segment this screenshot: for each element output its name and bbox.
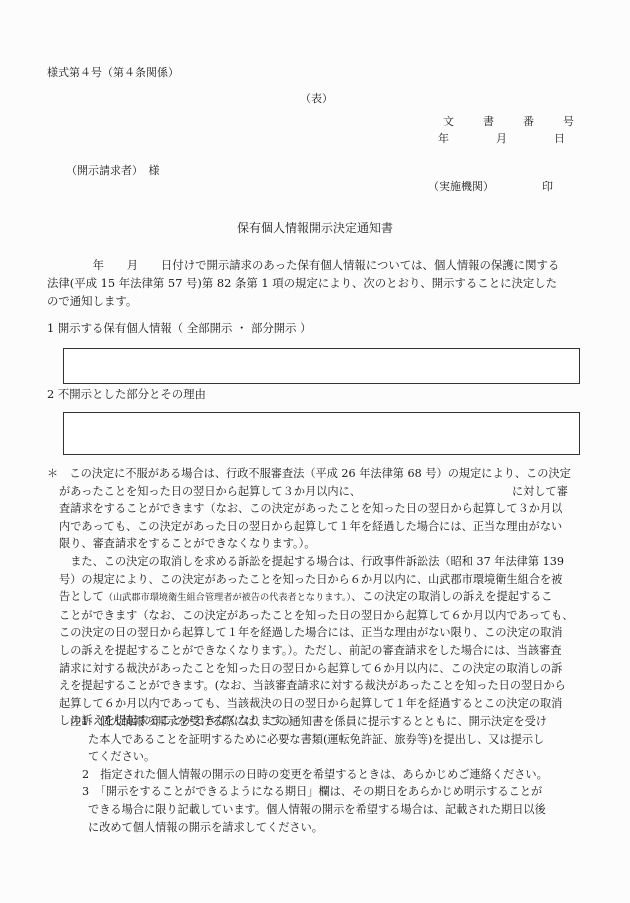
document-number: 文 書 番 号 [438,113,583,130]
seal-mark: 印 [542,180,553,193]
notice-line: ことができます（なお、この決定があったことを知った日の翌日から起算して６か月以内… [47,607,587,625]
defendant-representative-note: （山武郡市環境衛生組合管理者が被告の代表者となります。） [104,592,351,603]
item2-label: 2 不開示とした部分とその理由 [47,386,206,402]
footnote-line: 3 「開示をすることができるようになる期日」欄は、その期日をあらかじめ明示するこ… [70,783,590,801]
body-line: ので通知します。 [47,292,581,310]
notice-line: えを提起することができます。(なお、当該審査請求に対する裁決があったことを知った… [47,677,587,695]
body-paragraph: 年 月 日付けで開示請求のあった保有個人情報については、個人情報の保護に関する … [47,256,581,311]
notice-text: 告として [59,590,104,603]
body-line: 法律(平成 15 年法律第 57 号)第 82 条第 1 項の規定により、次のと… [47,274,581,292]
side-label: （表） [300,90,333,106]
footnote-line: た本人であることを証明するために必要な書類(運転免許証、旅券等)を提出し、又は提… [70,731,590,749]
item1-label: 1 開示する保有個人情報（ 全部開示 ・ 部分開示 ） [47,320,312,336]
undisclosed-reason-field[interactable] [63,412,580,455]
notice-line: 号）の規定により、この決定があったことを知った日から６か月以内に、山武郡市環境衛… [47,571,587,589]
notice-text: 、この決定の取消しの訴えを提起するこ [351,590,552,603]
footnote-line: てください。 [70,748,590,766]
disclosed-info-field[interactable] [63,348,580,384]
implementing-agency: （実施機関）印 [428,178,553,194]
notice-line: 査請求をすることができます（なお、この決定があったことを知った日の翌日から起算し… [47,500,587,518]
notice-line: 内であっても、この決定があった日の翌日から起算して１年を経過した場合には、正当な… [47,518,587,536]
notice-line: 限り、審査請求をすることができなくなります。）。 [47,535,587,553]
footnote-line: 注1 個人情報の開示を受ける際には、この通知書を係員に提示するとともに、開示決定… [70,713,590,731]
notice-line: があったことを知った日の翌日から起算して３か月以内に、 に対して審 [47,483,587,501]
footnote-line: 2 指定された個人情報の開示の日時の変更を希望するときは、あらかじめご連絡くださ… [70,766,590,784]
document-number-date: 文 書 番 号 年 月 日 [438,113,583,147]
notice-line: ＊ この決定に不服がある場合は、行政不服審査法（平成 26 年法律第 68 号）… [47,465,587,483]
notice-line: この決定の日の翌日から起算して１年を経過した場合には、正当な理由がない限り、この… [47,624,587,642]
notice-line: 起算して６か月以内であっても、当該裁決の日の翌日から起算して１年を経過するとこの… [47,695,587,713]
agency-label: （実施機関） [428,180,494,193]
footnote-line: できる場合に限り記載しています。個人情報の開示を希望する場合は、記載された期日以… [70,801,590,819]
notice-line: しの訴えを提起することができなくなります。）。ただし、前記の審査請求をした場合に… [47,642,587,660]
issue-date: 年 月 日 [438,130,583,147]
appeal-notice: ＊ この決定に不服がある場合は、行政不服審査法（平成 26 年法律第 68 号）… [47,465,587,730]
requester-addressee: （開示請求者） 様 [66,162,160,178]
notice-line: また、この決定の取消しを求める訴訟を提起する場合は、行政事件訴訟法（昭和 37 … [47,553,587,571]
footnotes: 注1 個人情報の開示を受ける際には、この通知書を係員に提示するとともに、開示決定… [70,713,590,836]
footnote-line: に改めて個人情報の開示を請求してください。 [70,819,590,837]
body-line: 年 月 日付けで開示請求のあった保有個人情報については、個人情報の保護に関する [47,256,581,274]
document-title: 保有個人情報開示決定通知書 [0,219,630,236]
notice-line: 請求に対する裁決があったことを知った日の翌日から起算して６か月以内に、この決定の… [47,660,587,678]
notice-line-mixed: 告として（山武郡市環境衛生組合管理者が被告の代表者となります。）、この決定の取消… [47,588,587,607]
form-number: 様式第４号（第４条関係） [47,64,179,80]
